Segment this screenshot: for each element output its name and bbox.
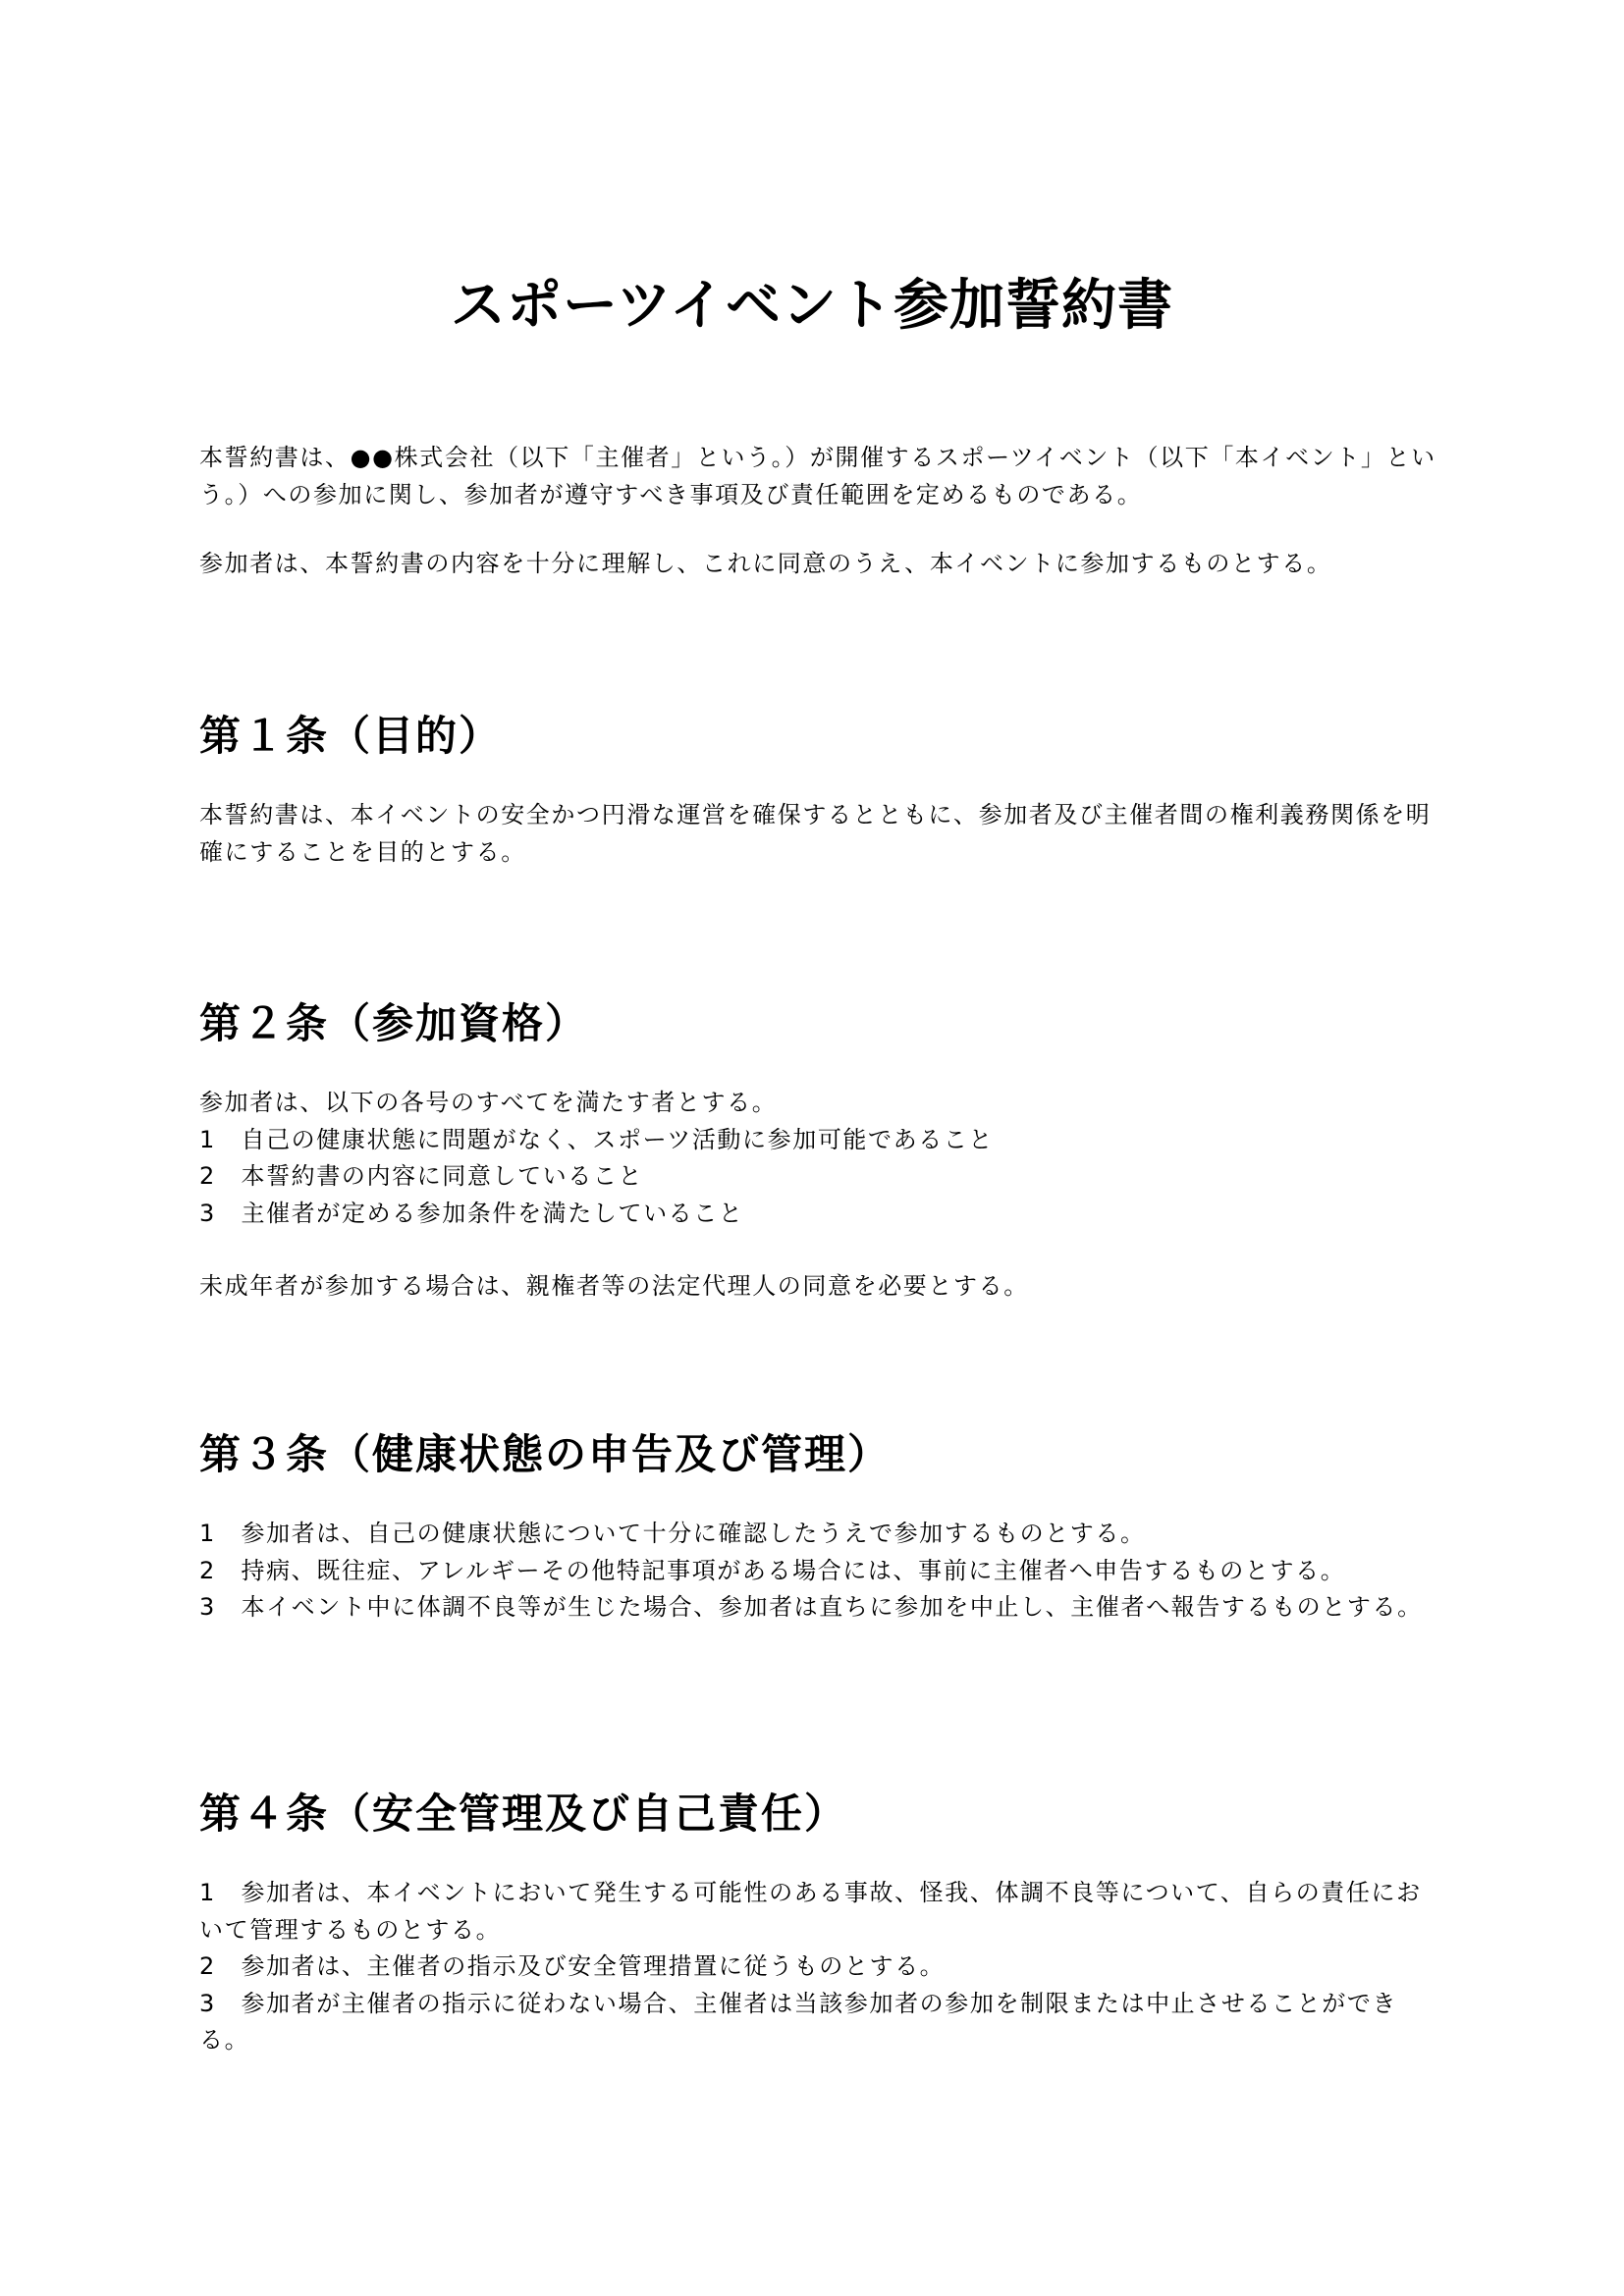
article-2-intro: 参加者は、以下の各号のすべてを満たす者とする。 [199, 1085, 1436, 1122]
article-2-item-1: 1 自己の健康状態に問題がなく、スポーツ活動に参加可能であること [199, 1122, 1436, 1159]
article-1-heading: 第１条（目的） [199, 707, 502, 766]
preamble-text: 本誓約書は、●●株式会社（以下「主催者」という。）が開催するスポーツイベント（以… [199, 440, 1436, 513]
article-2-heading: 第２条（参加資格） [199, 994, 588, 1053]
article-3-body: 1 参加者は、自己の健康状態について十分に確認したうえで参加するものとする。 2… [199, 1516, 1436, 1627]
article-4-body: 1 参加者は、本イベントにおいて発生する可能性のある事故、怪我、体調不良等につい… [199, 1875, 1436, 2059]
preamble-text: 参加者は、本誓約書の内容を十分に理解し、これに同意のうえ、本イベントに参加するも… [199, 546, 1436, 583]
article-3-heading: 第３条（健康状態の申告及び管理） [199, 1425, 891, 1484]
preamble-paragraph-2: 参加者は、本誓約書の内容を十分に理解し、これに同意のうえ、本イベントに参加するも… [199, 546, 1436, 583]
article-4-heading: 第４条（安全管理及び自己責任） [199, 1785, 847, 1843]
article-4-item-2: 2 参加者は、主催者の指示及び安全管理措置に従うものとする。 [199, 1949, 1436, 1986]
article-4-item-3: 3 参加者が主催者の指示に従わない場合、主催者は当該参加者の参加を制限または中止… [199, 1986, 1436, 2059]
article-2-note: 未成年者が参加する場合は、親権者等の法定代理人の同意を必要とする。 [199, 1268, 1436, 1306]
article-2-note-block: 未成年者が参加する場合は、親権者等の法定代理人の同意を必要とする。 [199, 1268, 1436, 1306]
document-title: スポーツイベント参加誓約書 [0, 267, 1624, 346]
article-4-item-1: 1 参加者は、本イベントにおいて発生する可能性のある事故、怪我、体調不良等につい… [199, 1875, 1436, 1949]
article-3-item-3: 3 本イベント中に体調不良等が生じた場合、参加者は直ちに参加を中止し、主催者へ報… [199, 1589, 1436, 1627]
article-3-item-1: 1 参加者は、自己の健康状態について十分に確認したうえで参加するものとする。 [199, 1516, 1436, 1553]
article-2-item-3: 3 主催者が定める参加条件を満たしていること [199, 1196, 1436, 1233]
article-2-body: 参加者は、以下の各号のすべてを満たす者とする。 1 自己の健康状態に問題がなく、… [199, 1085, 1436, 1232]
article-1-paragraph: 本誓約書は、本イベントの安全かつ円滑な運営を確保するとともに、参加者及び主催者間… [199, 797, 1436, 871]
article-3-item-2: 2 持病、既往症、アレルギーその他特記事項がある場合には、事前に主催者へ申告する… [199, 1553, 1436, 1590]
article-2-item-2: 2 本誓約書の内容に同意していること [199, 1158, 1436, 1196]
document-page: スポーツイベント参加誓約書 本誓約書は、●●株式会社（以下「主催者」という。）が… [0, 0, 1624, 2296]
preamble-paragraph-1: 本誓約書は、●●株式会社（以下「主催者」という。）が開催するスポーツイベント（以… [199, 440, 1436, 513]
article-1-body: 本誓約書は、本イベントの安全かつ円滑な運営を確保するとともに、参加者及び主催者間… [199, 797, 1436, 871]
